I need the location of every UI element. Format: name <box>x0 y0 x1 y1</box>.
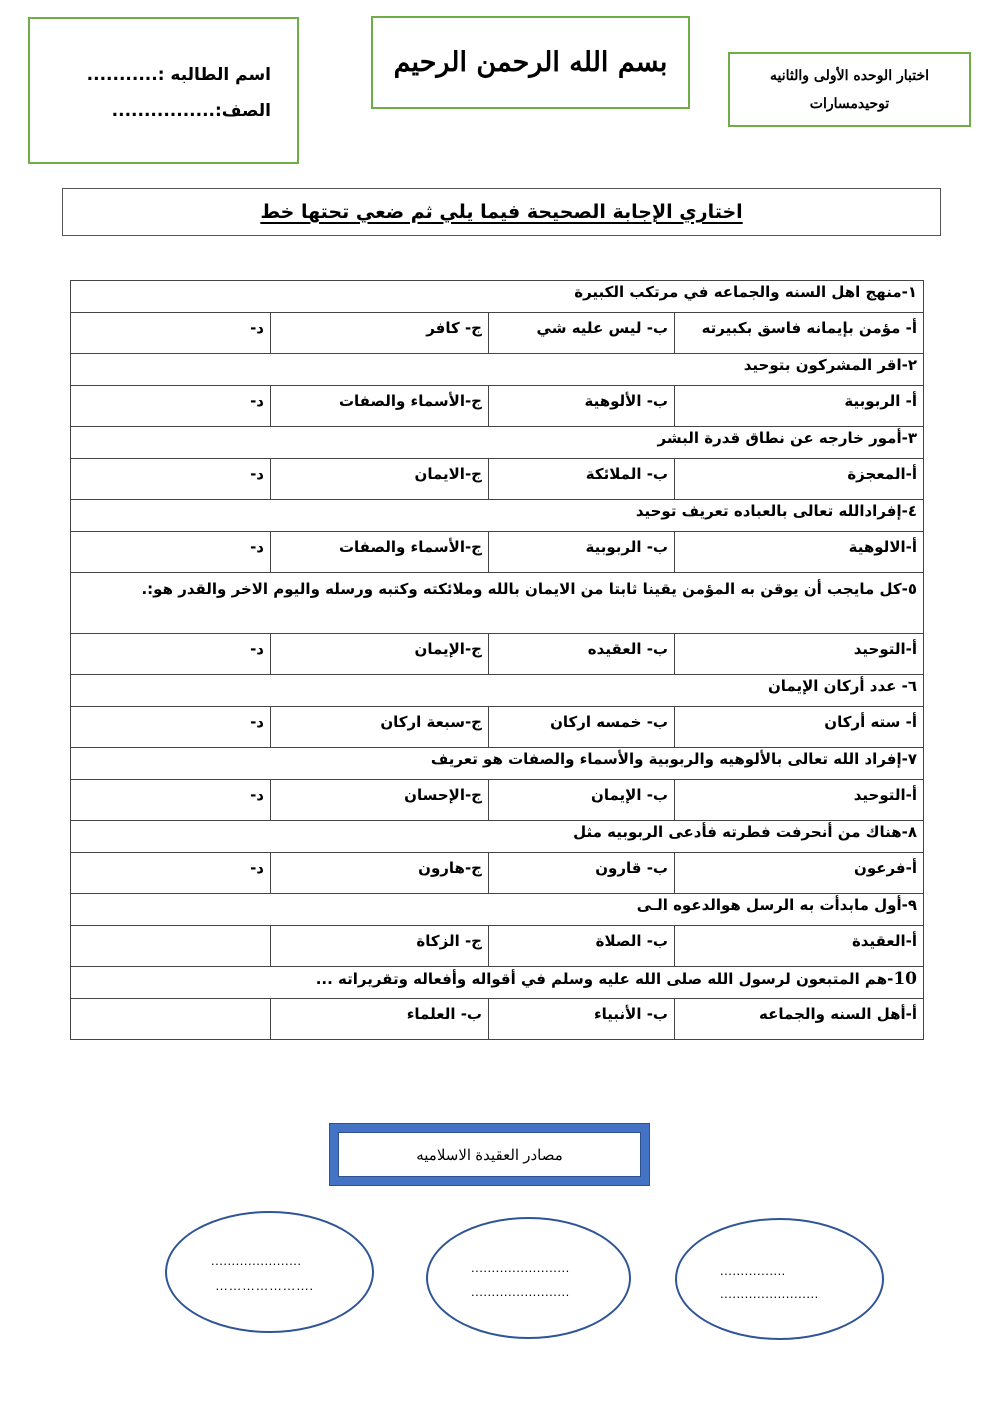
answer-option[interactable]: ب- الصلاة <box>489 926 675 967</box>
answer-option[interactable]: أ-الالوهية <box>675 532 924 573</box>
exam-title-line1: اختبار الوحده الأولى والثانيه <box>770 62 929 90</box>
question-row: ٥-كل مايجب أن يوقن به المؤمن يقينا ثابتا… <box>71 573 924 634</box>
options-row: أ-أهل السنه والجماعهب- الأنبياءب- العلما… <box>71 999 924 1040</box>
answer-option[interactable]: أ-العقيدة <box>675 926 924 967</box>
question-row: ٩-أول مابدأت به الرسل هوالدعوه الـى <box>71 894 924 926</box>
answer-option[interactable]: ج-سبعة اركان <box>271 707 489 748</box>
question-row: ٣-أمور خارجه عن نطاق قدرة البشر <box>71 427 924 459</box>
answer-option[interactable]: أ-المعجزة <box>675 459 924 500</box>
options-row: أ- الربوبيةب- الألوهيةج-الأسماء والصفاتد… <box>71 386 924 427</box>
answer-option[interactable]: ج-الايمان <box>271 459 489 500</box>
question-text: ٢-اقر المشركون بتوحيد <box>71 354 924 386</box>
answer-option[interactable]: ج-الأسماء والصفات <box>271 532 489 573</box>
question-text: 10-هم المتبعون لرسول الله صلى الله عليه … <box>71 967 924 999</box>
answer-option[interactable]: د- <box>71 532 271 573</box>
question-label: ٨-هناك من أنحرفت فطرته فأدعى الربوبيه مث… <box>573 823 917 841</box>
source-ellipse-right: ................ .......................… <box>675 1218 884 1340</box>
answer-option[interactable] <box>71 999 271 1040</box>
answer-option[interactable] <box>71 926 271 967</box>
options-row: أ-التوحيدب- الإيمانج-الإحساند- <box>71 780 924 821</box>
answer-blank[interactable]: ........................ <box>471 1260 570 1275</box>
sources-title: مصادر العقيدة الاسلاميه <box>416 1146 563 1164</box>
question-text: ٧-إفراد الله تعالى بالألوهيه والربوبية و… <box>71 748 924 780</box>
options-row: أ-الالوهيةب- الربوبيةج-الأسماء والصفاتد- <box>71 532 924 573</box>
answer-option[interactable]: د- <box>71 780 271 821</box>
answer-blank[interactable]: ................ <box>720 1263 786 1278</box>
source-ellipse-left: ...................... …………………. <box>165 1211 374 1333</box>
answer-option[interactable]: د- <box>71 634 271 675</box>
sources-title-box: مصادر العقيدة الاسلاميه <box>329 1123 650 1186</box>
options-row: أ-التوحيدب- العقيدهج-الإيماند- <box>71 634 924 675</box>
question-label: ٦- عدد أركان الإيمان <box>768 677 917 695</box>
answer-option[interactable]: أ- سته أركان <box>675 707 924 748</box>
answer-option[interactable]: ج- كافر <box>271 313 489 354</box>
answer-option[interactable]: أ-التوحيد <box>675 634 924 675</box>
question-label: ٢-اقر المشركون بتوحيد <box>744 356 917 374</box>
options-row: أ-المعجزةب- الملائكةج-الايماند- <box>71 459 924 500</box>
question-label: ٤-إفرادالله تعالى بالعباده تعريف توحيد <box>636 502 917 520</box>
options-row: أ- سته أركانب- خمسه اركانج-سبعة اركاند- <box>71 707 924 748</box>
answer-option[interactable]: ب- الربوبية <box>489 532 675 573</box>
instruction-text: اختاري الإجابة الصحيحة فيما يلي ثم ضعي ت… <box>260 201 742 223</box>
question-text: ٩-أول مابدأت به الرسل هوالدعوه الـى <box>71 894 924 926</box>
basmala-text: بسم الله الرحمن الرحيم <box>394 47 668 78</box>
question-text: ١-منهج اهل السنه والجماعه في مرتكب الكبي… <box>71 281 924 313</box>
question-row: ٧-إفراد الله تعالى بالألوهيه والربوبية و… <box>71 748 924 780</box>
answer-option[interactable]: ب- الملائكة <box>489 459 675 500</box>
question-row: ٦- عدد أركان الإيمان <box>71 675 924 707</box>
answer-option[interactable]: د- <box>71 313 271 354</box>
answer-option[interactable]: د- <box>71 459 271 500</box>
answer-option[interactable]: ب- الأنبياء <box>489 999 675 1040</box>
answer-option[interactable]: ج-الإحسان <box>271 780 489 821</box>
answer-option[interactable]: أ-فرعون <box>675 853 924 894</box>
question-row: ٤-إفرادالله تعالى بالعباده تعريف توحيد <box>71 500 924 532</box>
question-row: ١-منهج اهل السنه والجماعه في مرتكب الكبي… <box>71 281 924 313</box>
student-name-field[interactable]: اسم الطالبه :........... <box>30 57 271 93</box>
answer-option[interactable]: د- <box>71 853 271 894</box>
question-label: ٩-أول مابدأت به الرسل هوالدعوه الـى <box>637 896 917 914</box>
answer-option[interactable]: ج- الزكاة <box>271 926 489 967</box>
answer-option[interactable]: ب- العقيده <box>489 634 675 675</box>
question-label: ٥-كل مايجب أن يوقن به المؤمن يقينا ثابتا… <box>141 580 917 598</box>
answer-option[interactable]: أ- الربوبية <box>675 386 924 427</box>
question-label: -هم المتبعون لرسول الله صلى الله عليه وس… <box>316 970 894 988</box>
question-row: ٨-هناك من أنحرفت فطرته فأدعى الربوبيه مث… <box>71 821 924 853</box>
answer-option[interactable]: أ-أهل السنه والجماعه <box>675 999 924 1040</box>
answer-option[interactable]: ب- ليس عليه شي <box>489 313 675 354</box>
answer-blank[interactable]: …………………. <box>215 1278 314 1293</box>
source-ellipse-middle: ........................ ...............… <box>426 1217 631 1339</box>
answer-blank[interactable]: ........................ <box>471 1284 570 1299</box>
student-info-box: اسم الطالبه :........... الصف:..........… <box>28 17 299 164</box>
options-row: أ-فرعونب- قارونج-هاروند- <box>71 853 924 894</box>
answer-option[interactable]: ب- الألوهية <box>489 386 675 427</box>
question-label: ١-منهج اهل السنه والجماعه في مرتكب الكبي… <box>574 283 917 301</box>
question-text: ٥-كل مايجب أن يوقن به المؤمن يقينا ثابتا… <box>71 573 924 634</box>
question-number: 10 <box>893 969 917 989</box>
basmala-box: بسم الله الرحمن الرحيم <box>371 16 690 109</box>
answer-option[interactable]: ب- الإيمان <box>489 780 675 821</box>
answer-option[interactable]: ج-الأسماء والصفات <box>271 386 489 427</box>
quiz-table: ١-منهج اهل السنه والجماعه في مرتكب الكبي… <box>70 280 924 1040</box>
answer-blank[interactable]: ........................ <box>720 1286 819 1301</box>
answer-blank[interactable]: ...................... <box>211 1253 301 1268</box>
class-field[interactable]: الصف:................ <box>30 93 271 129</box>
answer-option[interactable]: د- <box>71 386 271 427</box>
instruction-box: اختاري الإجابة الصحيحة فيما يلي ثم ضعي ت… <box>62 188 941 236</box>
answer-option[interactable]: د- <box>71 707 271 748</box>
options-row: أ-العقيدةب- الصلاةج- الزكاة <box>71 926 924 967</box>
exam-title-line2: توحيدمسارات <box>810 90 889 118</box>
exam-title-box: اختبار الوحده الأولى والثانيه توحيدمسارا… <box>728 52 971 127</box>
question-text: ٤-إفرادالله تعالى بالعباده تعريف توحيد <box>71 500 924 532</box>
question-label: ٣-أمور خارجه عن نطاق قدرة البشر <box>658 429 917 447</box>
answer-option[interactable]: ب- خمسه اركان <box>489 707 675 748</box>
question-text: ٣-أمور خارجه عن نطاق قدرة البشر <box>71 427 924 459</box>
answer-option[interactable]: ج-الإيمان <box>271 634 489 675</box>
answer-option[interactable]: أ-التوحيد <box>675 780 924 821</box>
question-text: ٦- عدد أركان الإيمان <box>71 675 924 707</box>
question-row: ٢-اقر المشركون بتوحيد <box>71 354 924 386</box>
answer-option[interactable]: أ- مؤمن بإيمانه فاسق بكبيرته <box>675 313 924 354</box>
answer-option[interactable]: ب- العلماء <box>271 999 489 1040</box>
question-row: 10-هم المتبعون لرسول الله صلى الله عليه … <box>71 967 924 999</box>
answer-option[interactable]: ج-هارون <box>271 853 489 894</box>
answer-option[interactable]: ب- قارون <box>489 853 675 894</box>
question-text: ٨-هناك من أنحرفت فطرته فأدعى الربوبيه مث… <box>71 821 924 853</box>
options-row: أ- مؤمن بإيمانه فاسق بكبيرتهب- ليس عليه … <box>71 313 924 354</box>
question-label: ٧-إفراد الله تعالى بالألوهيه والربوبية و… <box>431 750 917 768</box>
